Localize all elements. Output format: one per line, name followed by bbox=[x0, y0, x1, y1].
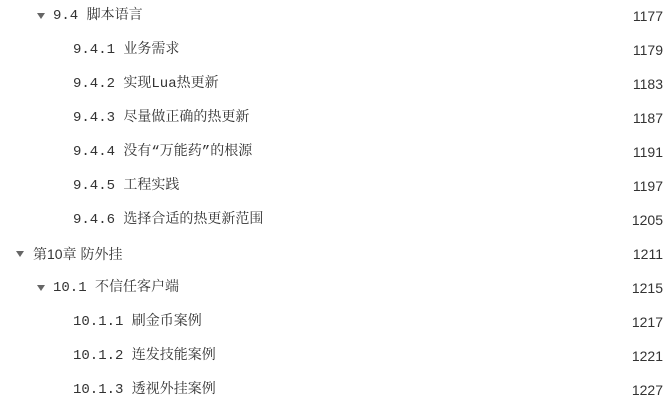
toc-entry-10-1-1[interactable]: 10.1.1 刷金币案例 1217 bbox=[0, 305, 666, 339]
toc-entry-page: 1221 bbox=[632, 339, 663, 373]
toc-entry-10-1-3[interactable]: 10.1.3 透视外挂案例 1227 bbox=[0, 373, 666, 401]
toc-entry-9-4-4[interactable]: 9.4.4 没有“万能药”的根源 1191 bbox=[0, 135, 666, 169]
toc-entry-page: 1177 bbox=[633, 0, 663, 33]
toc-entry-label: 10.1.1 刷金币案例 bbox=[73, 305, 202, 339]
toc-entry-page: 1191 bbox=[633, 135, 663, 169]
toc-entry-9-4-6[interactable]: 9.4.6 选择合适的热更新范围 1205 bbox=[0, 203, 666, 237]
toc-entry-9-4-5[interactable]: 9.4.5 工程实践 1197 bbox=[0, 169, 666, 203]
toc-entry-label: 10.1.3 透视外挂案例 bbox=[73, 373, 216, 401]
toc-entry-9-4-1[interactable]: 9.4.1 业务需求 1179 bbox=[0, 33, 666, 67]
toc-entry-10-1-2[interactable]: 10.1.2 连发技能案例 1221 bbox=[0, 339, 666, 373]
toc-entry-10-1[interactable]: 10.1 不信任客户端 1215 bbox=[0, 271, 666, 305]
toc-entry-label: 9.4.4 没有“万能药”的根源 bbox=[73, 135, 252, 169]
toc-entry-page: 1187 bbox=[633, 101, 663, 135]
toc-entry-label: 9.4.1 业务需求 bbox=[73, 33, 179, 67]
toc-entry-label: 9.4.2 实现Lua热更新 bbox=[73, 67, 219, 101]
triangle-down-icon[interactable] bbox=[37, 285, 45, 291]
toc-entry-label: 10.1.2 连发技能案例 bbox=[73, 339, 216, 373]
toc-entry-9-4-3[interactable]: 9.4.3 尽量做正确的热更新 1187 bbox=[0, 101, 666, 135]
triangle-down-icon[interactable] bbox=[37, 13, 45, 19]
toc-entry-label: 9.4 脚本语言 bbox=[53, 0, 143, 33]
toc-entry-label: 9.4.5 工程实践 bbox=[73, 169, 179, 203]
toc-entry-9-4[interactable]: 9.4 脚本语言 1177 bbox=[0, 0, 666, 33]
toc-entry-label: 10.1 不信任客户端 bbox=[53, 271, 179, 305]
toc-entry-page: 1215 bbox=[632, 271, 663, 305]
toc-entry-page: 1227 bbox=[632, 373, 663, 401]
toc-entry-label: 9.4.6 选择合适的热更新范围 bbox=[73, 203, 263, 237]
toc-entry-page: 1183 bbox=[633, 67, 663, 101]
toc-entry-page: 1197 bbox=[633, 169, 663, 203]
toc-entry-label: 9.4.3 尽量做正确的热更新 bbox=[73, 101, 249, 135]
toc-entry-chapter-10[interactable]: 第10章 防外挂 1211 bbox=[0, 237, 666, 271]
toc-entry-label: 第10章 防外挂 bbox=[33, 237, 122, 271]
toc-entry-9-4-2[interactable]: 9.4.2 实现Lua热更新 1183 bbox=[0, 67, 666, 101]
toc-entry-page: 1217 bbox=[632, 305, 663, 339]
toc-entry-page: 1211 bbox=[633, 237, 663, 271]
triangle-down-icon[interactable] bbox=[16, 251, 24, 257]
toc-entry-page: 1179 bbox=[633, 33, 663, 67]
toc-entry-page: 1205 bbox=[632, 203, 663, 237]
